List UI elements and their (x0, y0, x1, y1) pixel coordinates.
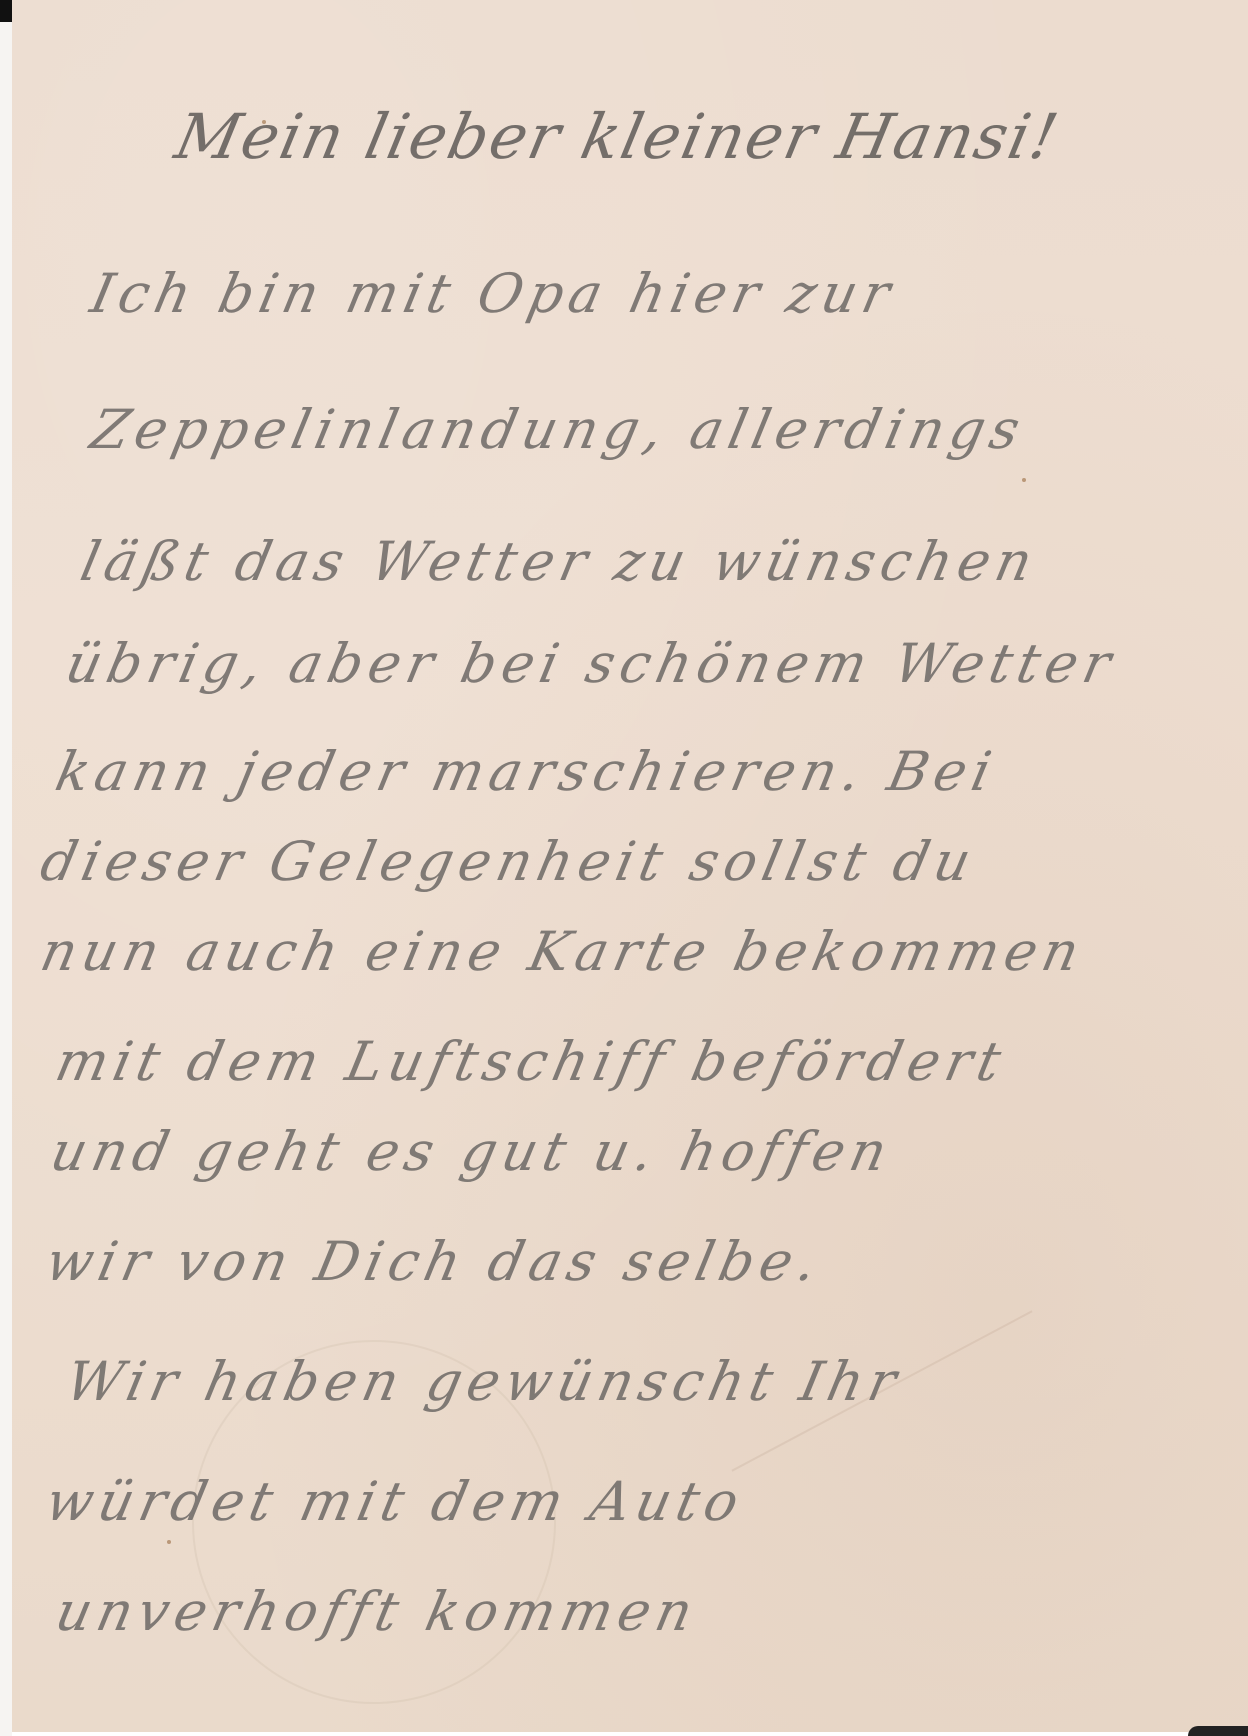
text-line: übrig, aber bei schönem Wetter (60, 632, 1122, 695)
text-line: würdet mit dem Auto (40, 1470, 750, 1533)
text-line: nun auch eine Karte bekommen (35, 920, 1090, 983)
text-line: wir von Dich das selbe. (40, 1230, 828, 1293)
paper-speck (1022, 478, 1026, 482)
text-line: und geht es gut u. hoffen (45, 1120, 898, 1183)
text-line: dieser Gelegenheit sollst du (35, 830, 982, 893)
greeting: Mein lieber kleiner Hansi! (169, 100, 1066, 173)
text-line: kann jeder marschieren. Bei (50, 740, 1002, 803)
scan-margin (0, 0, 12, 1736)
text-line: mit dem Luftschiff befördert (50, 1030, 1012, 1093)
text-line: Zeppelinlandung, allerdings (85, 398, 1031, 461)
paper-speck (167, 1540, 171, 1544)
text-line: Wir haben gewünscht Ihr (60, 1350, 907, 1413)
text-line: läßt das Wetter zu wünschen (75, 530, 1043, 593)
scan-corner-shadow (1188, 1726, 1248, 1736)
text-line: Ich bin mit Opa hier zur (85, 262, 901, 325)
postcard: Mein lieber kleiner Hansi! Ich bin mit O… (12, 0, 1248, 1732)
text-line: unverhofft kommen (50, 1580, 704, 1643)
